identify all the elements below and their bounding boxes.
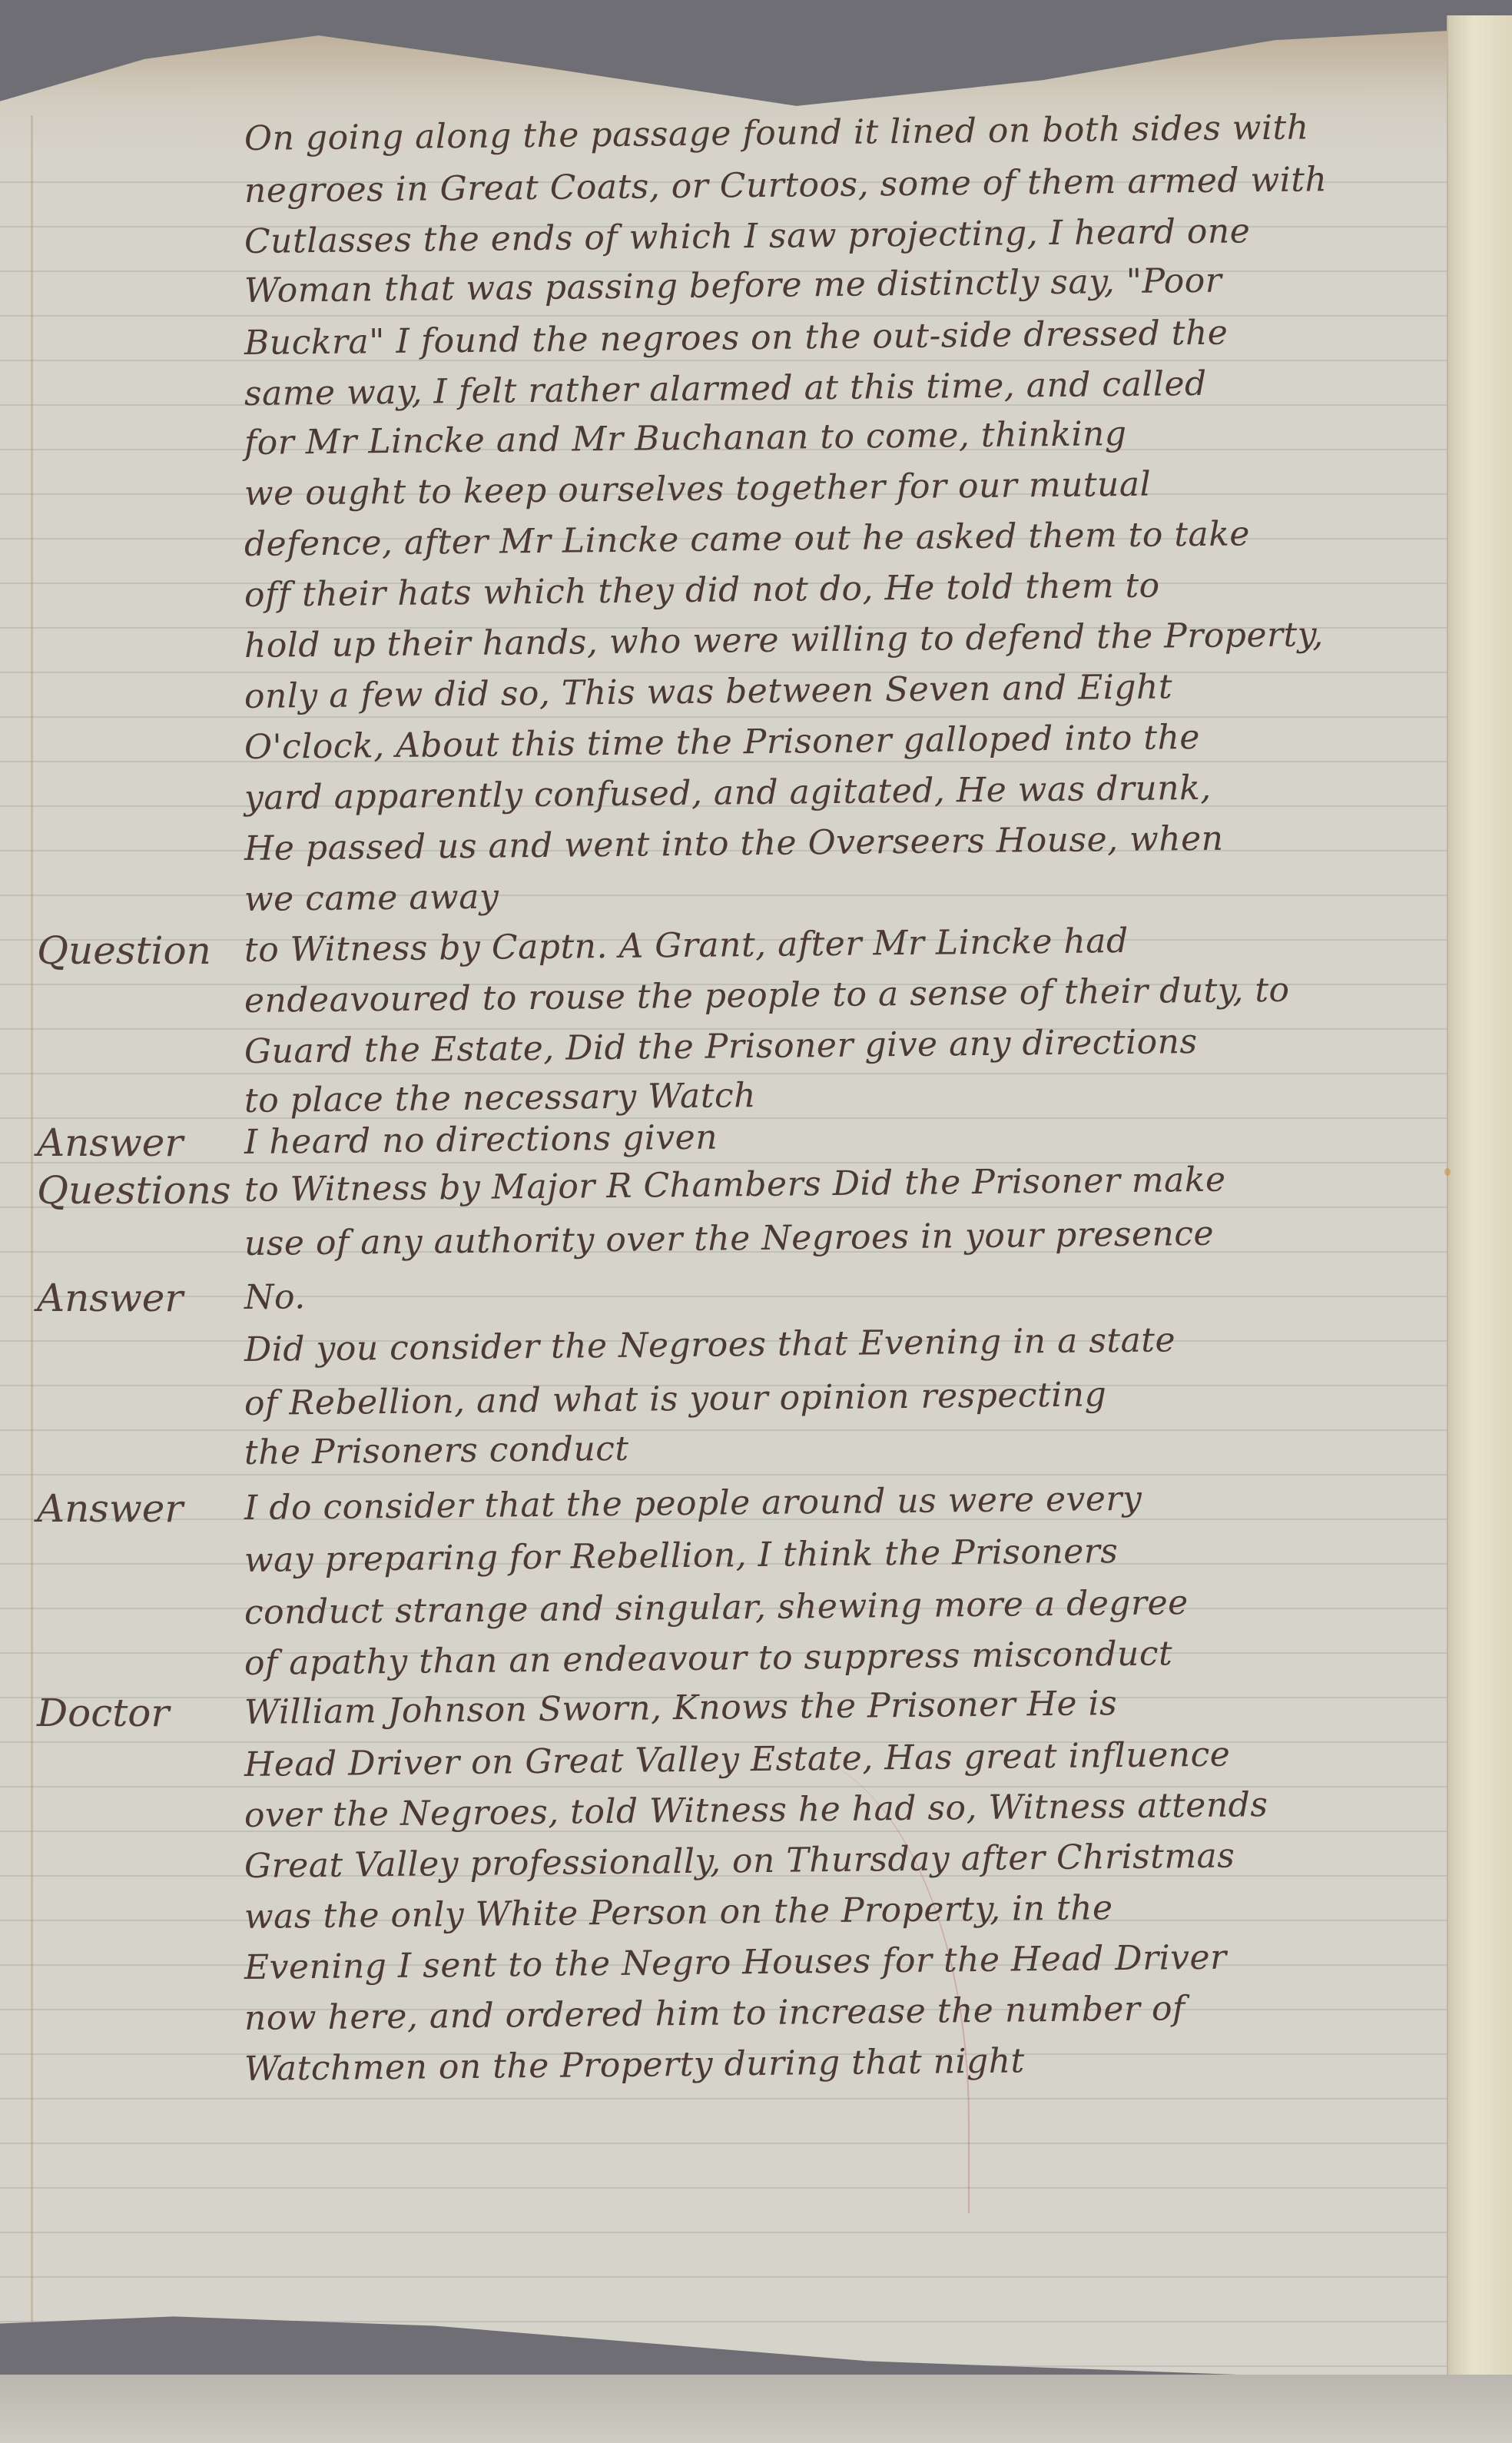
text-line: He passed us and went into the Overseers… (244, 815, 1444, 871)
text-line: Woman that was passing before me distinc… (244, 257, 1444, 314)
text-line: Great Valley professionally, on Thursday… (244, 1832, 1444, 1889)
text-line: yard apparently confused, and agitated, … (244, 764, 1444, 821)
text-line: Evening I sent to the Negro Houses for t… (244, 1933, 1444, 1990)
text-line: On going along the passage found it line… (244, 105, 1444, 161)
book-binding-edge (1447, 15, 1512, 2443)
text-line: way preparing for Rebellion, I think the… (244, 1526, 1444, 1583)
text-line: of apathy than an endeavour to suppress … (244, 1629, 1444, 1686)
text-line: for Mr Lincke and Mr Buchanan to come, t… (244, 409, 1444, 466)
text-line: I do consider that the people around us … (244, 1474, 1444, 1531)
text-line: same way, I felt rather alarmed at this … (244, 360, 1444, 417)
text-line: O'clock, About this time the Prisoner ga… (244, 713, 1444, 770)
text-line: negroes in Great Coats, or Curtoos, some… (244, 157, 1444, 214)
text-line: the Prisoners conduct (244, 1419, 1444, 1475)
text-line: now here, and ordered him to increase th… (244, 1984, 1444, 2041)
text-line: was the only White Person on the Propert… (244, 1883, 1444, 1940)
speaker-label-answer: Answer (37, 1276, 183, 1320)
text-line: to Witness by Major R Chambers Did the P… (244, 1156, 1444, 1213)
speaker-label-question: Question (37, 928, 211, 973)
text-line: William Johnson Sworn, Knows the Prisone… (244, 1678, 1444, 1735)
speaker-label-questions: Questions (37, 1168, 231, 1213)
text-line: conduct strange and singular, shewing mo… (244, 1578, 1444, 1635)
speaker-label-doctor: Doctor (37, 1691, 169, 1735)
text-line: only a few did so, This was between Seve… (244, 662, 1444, 719)
text-line: No. (244, 1263, 1444, 1320)
text-line: use of any authority over the Negroes in… (244, 1210, 1444, 1266)
text-line: Watchmen on the Property during that nig… (244, 2035, 1444, 2092)
text-line: endeavoured to rouse the people to a sen… (244, 967, 1444, 1024)
text-line: Head Driver on Great Valley Estate, Has … (244, 1731, 1444, 1787)
text-line: Buckra" I found the negroes on the out-s… (244, 309, 1444, 366)
text-line: we ought to keep ourselves together for … (244, 460, 1444, 516)
text-line: over the Negroes, told Witness he had so… (244, 1781, 1444, 1838)
text-line: defence, after Mr Lincke came out he ask… (244, 510, 1444, 567)
text-line: of Rebellion, and what is your opinion r… (244, 1369, 1444, 1426)
speaker-label-answer: Answer (37, 1120, 183, 1165)
text-line: Did you consider the Negroes that Evenin… (244, 1316, 1444, 1373)
text-line: Cutlasses the ends of which I saw projec… (244, 207, 1444, 264)
text-line: Guard the Estate, Did the Prisoner give … (244, 1017, 1444, 1074)
text-line: to Witness by Captn. A Grant, after Mr L… (244, 916, 1444, 973)
speaker-label-answer: Answer (37, 1486, 183, 1531)
manuscript-text: On going along the passage found it line… (0, 0, 1448, 2443)
text-line: we came away (244, 865, 1444, 922)
text-line: hold up their hands, who were willing to… (244, 612, 1444, 669)
text-line: off their hats which they did not do, He… (244, 561, 1444, 618)
